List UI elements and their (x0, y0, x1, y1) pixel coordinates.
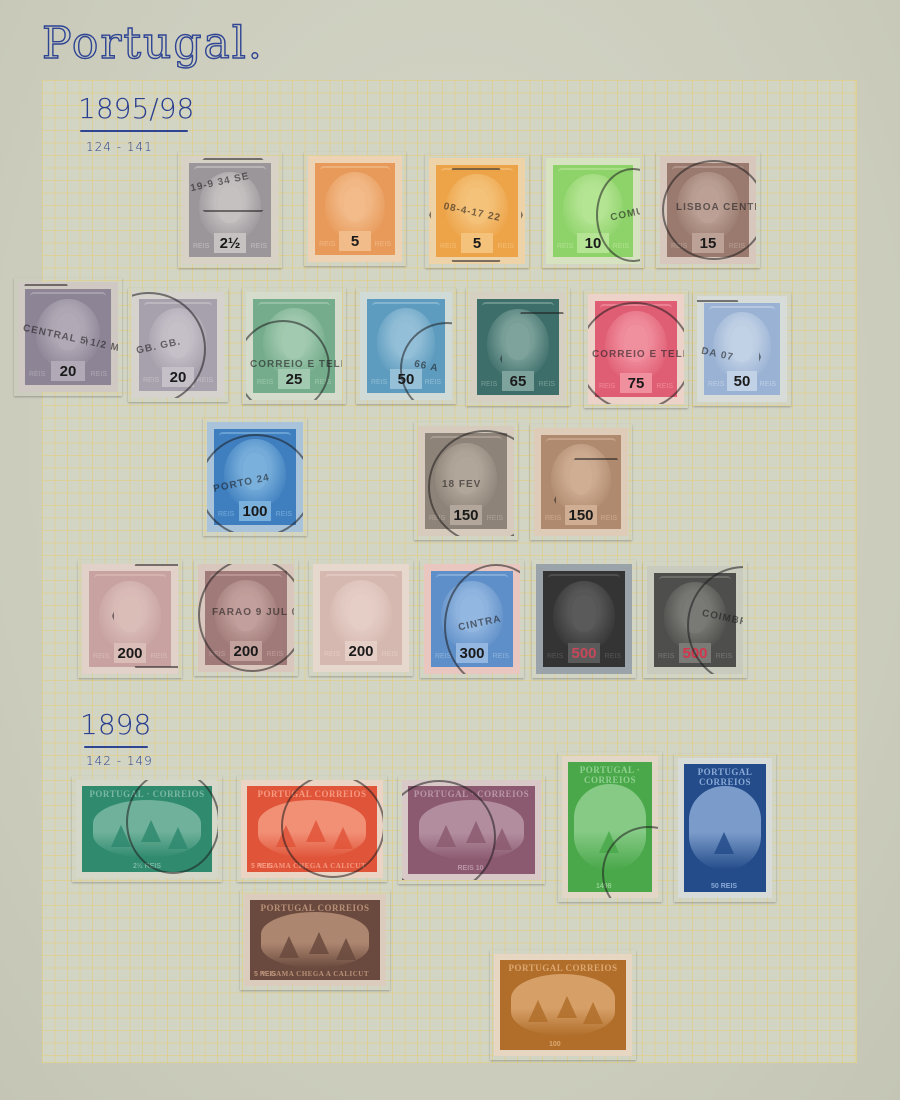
stamp-value: 65 (502, 371, 535, 391)
stamp-caption: PORTUGAL CORREIOS (504, 963, 622, 973)
ship-icon (333, 827, 353, 849)
reis-label: REIS (545, 515, 561, 522)
stamp-value: 50 REIS (711, 883, 737, 890)
stamp[interactable]: REISREIS65 (466, 288, 570, 406)
stamp[interactable]: REISREIS10COMUEIA (542, 154, 644, 268)
stamp-value: 300 (456, 643, 489, 663)
portrait-face (218, 186, 241, 223)
stamp[interactable]: REISREIS200 (78, 560, 182, 678)
portrait-face (167, 322, 189, 358)
reis-label: REIS (375, 241, 391, 248)
reis-label: REIS (218, 511, 234, 518)
reis-label: REIS (435, 653, 451, 660)
portrait-face (344, 186, 367, 222)
section-year-1895: 1895/98 (78, 92, 194, 125)
reis-label: REIS (605, 653, 621, 660)
ship-icon (466, 821, 486, 843)
reis-label: REIS (193, 243, 209, 250)
stamp[interactable]: REISREIS100PORTO 24 (203, 418, 307, 536)
stamp-value: 5 (461, 233, 494, 253)
stamp[interactable]: REISREIS5 (304, 152, 406, 266)
portrait-face (118, 595, 141, 632)
portrait-face (395, 322, 417, 359)
reis-label: REIS (613, 243, 629, 250)
portrait-face (572, 595, 595, 632)
stamp[interactable]: REISREIS50DA 07 (693, 292, 791, 406)
reis-label: REIS (315, 379, 331, 386)
stamp[interactable]: REISREIS200 (309, 560, 413, 676)
stamp-value: 50 (727, 371, 758, 391)
stamp-value: 15 (692, 233, 725, 253)
stamp[interactable]: REISREIS20CENTRAL 5 1/2 M (14, 278, 122, 396)
stamp-value: 50 (390, 369, 421, 389)
reis-label: REIS (143, 377, 159, 384)
stamp[interactable]: REISREIS200FARAO 9 JUL 04 (194, 560, 298, 676)
reis-label: REIS (671, 243, 687, 250)
stamp-value: 75 (620, 373, 653, 393)
stamp[interactable]: REISREIS150 (530, 424, 632, 540)
ship-icon (306, 820, 326, 842)
portrait-face (460, 595, 483, 632)
reis-label: REIS (371, 379, 387, 386)
stamp-value: 10 (577, 233, 609, 253)
vignette (689, 786, 760, 870)
portrait-face (582, 188, 605, 224)
reis-label: REIS (276, 511, 292, 518)
portrait-face (570, 458, 593, 495)
reis-label: REIS (151, 653, 167, 660)
reis-label: REIS (760, 381, 776, 388)
commemorative-stamp[interactable]: PORTUGAL · CORREIOSREIS 10 (398, 776, 545, 884)
reis-label: REIS (91, 371, 107, 378)
ship-icon (492, 828, 512, 850)
stamp[interactable]: REISREIS15018 FEV (414, 422, 518, 540)
portrait-face (465, 188, 488, 224)
stamp-value: 5 REIS (251, 863, 273, 870)
reis-label: REIS (487, 515, 503, 522)
stamp-value: 200 (230, 641, 263, 661)
stamp[interactable]: REISREIS2½19-9 34 SE (178, 152, 282, 268)
catalogue-range-1895: 124 - 141 (86, 140, 153, 154)
stamp-value: 1498 (596, 883, 612, 890)
reis-label: REIS (319, 241, 335, 248)
stamp[interactable]: REISREIS5066 A (356, 288, 456, 404)
reis-label: REIS (658, 653, 674, 660)
reis-label: REIS (251, 243, 267, 250)
reis-label: REIS (324, 651, 340, 658)
reis-label: REIS (481, 381, 497, 388)
reis-label: REIS (708, 381, 724, 388)
stamp-caption: PORTUGAL CORREIOS (688, 767, 762, 787)
stamp-value: 5 REIS (254, 971, 276, 978)
ship-icon (599, 831, 619, 853)
ship-icon (436, 825, 456, 847)
portrait-face (282, 322, 305, 359)
stamp-caption: PORTUGAL · CORREIOS (572, 765, 648, 785)
stamp[interactable]: REISREIS500COIMBRA 29 JAN (643, 562, 747, 678)
reis-label: REIS (493, 653, 509, 660)
portrait-face (56, 313, 80, 350)
ship-icon (279, 936, 299, 958)
ship-icon (309, 932, 329, 954)
stamp-value: 2½ REIS (133, 863, 161, 870)
portrait-face (624, 325, 647, 362)
stamp[interactable]: REISREIS508-4-17 22 (425, 154, 529, 268)
stamp-value: 25 (278, 369, 311, 389)
vignette (574, 784, 647, 869)
stamp-value: 5 (339, 231, 371, 251)
portrait-face (731, 326, 753, 362)
ship-icon (168, 827, 188, 849)
reis-label: REIS (197, 377, 213, 384)
stamp-value: 200 (114, 643, 147, 663)
commemorative-stamp[interactable]: PORTUGAL CORREIOSV. GAMA CHEGA A CALICUT… (237, 776, 387, 882)
stamp-value: 500 (679, 643, 712, 663)
stamp-caption: PORTUGAL CORREIOS (251, 789, 373, 799)
stamp-caption: PORTUGAL · CORREIOS (412, 789, 531, 799)
portrait-face (454, 457, 477, 494)
stamp[interactable]: REISREIS500 (532, 560, 636, 678)
reis-label: REIS (601, 515, 617, 522)
stamp[interactable]: REISREIS300CINTRA (420, 560, 524, 678)
reis-label: REIS (729, 243, 745, 250)
stamp[interactable]: REISREIS75CORREIO E TELEGRAPHO MAR 98 (584, 290, 688, 408)
stamp[interactable]: REISREIS25CORREIO E TELEGRAPHO ABR 98 (242, 288, 346, 404)
section-underline (84, 746, 148, 748)
page-title: Portugal. (42, 18, 264, 69)
commemorative-stamp[interactable]: PORTUGAL CORREIOSV. GAMA CHEGA A CALICUT… (240, 890, 390, 990)
reis-label: REIS (498, 243, 514, 250)
reis-label: REIS (257, 379, 273, 386)
ship-icon (557, 996, 577, 1018)
stamp[interactable]: REISREIS20GB. GB. (128, 288, 228, 402)
commemorative-stamp[interactable]: PORTUGAL · CORREIOS1498 (558, 752, 662, 902)
reis-label: REIS (657, 383, 673, 390)
stamp-value: 500 (568, 643, 601, 663)
portrait-face (243, 453, 266, 490)
ship-icon (528, 1000, 548, 1022)
stamp-value: 100 (239, 501, 272, 521)
commemorative-stamp[interactable]: PORTUGAL CORREIOS100 (490, 950, 636, 1060)
ship-icon (276, 825, 296, 847)
ship-icon (583, 1002, 603, 1024)
stamp-value: 20 (162, 367, 193, 387)
reis-label: REIS (429, 515, 445, 522)
stamp-value: 150 (565, 505, 597, 525)
ship-icon (714, 832, 734, 854)
ship-icon (336, 938, 356, 960)
commemorative-stamp[interactable]: PORTUGAL · CORREIOS2½ REIS (72, 776, 222, 882)
stamp-value: 150 (450, 505, 483, 525)
reis-label: REIS (557, 243, 573, 250)
reis-label: REIS (539, 381, 555, 388)
stamp-value: 20 (51, 361, 85, 381)
reis-label: REIS (93, 653, 109, 660)
portrait-face (506, 323, 529, 360)
reis-label: REIS (29, 371, 45, 378)
stamp-caption: PORTUGAL CORREIOS (254, 903, 376, 913)
portrait-face (349, 594, 372, 631)
portrait-face (234, 594, 257, 631)
ship-icon (141, 820, 161, 842)
catalogue-range-1898: 142 - 149 (86, 754, 153, 768)
reis-label: REIS (382, 651, 398, 658)
portrait-face (696, 186, 719, 223)
stamp-value: 2½ (214, 233, 247, 253)
reis-label: REIS (209, 651, 225, 658)
section-underline (80, 130, 188, 132)
reis-label: REIS (599, 383, 615, 390)
stamp[interactable]: REISREIS15LISBOA CENTRAL S.S. (656, 152, 760, 268)
stamp-caption: PORTUGAL · CORREIOS (86, 789, 208, 799)
section-year-1898: 1898 (80, 708, 151, 741)
commemorative-stamp[interactable]: PORTUGAL CORREIOS50 REIS (674, 754, 776, 902)
ship-icon (111, 825, 131, 847)
reis-label: REIS (547, 653, 563, 660)
reis-label: REIS (716, 653, 732, 660)
stamp-value: 200 (345, 641, 378, 661)
reis-label: REIS (267, 651, 283, 658)
reis-label: REIS (440, 243, 456, 250)
reis-label: REIS (425, 379, 441, 386)
portrait-face (683, 596, 706, 633)
stamp-value: REIS 10 (458, 865, 484, 872)
stamp-value: 100 (549, 1041, 561, 1048)
